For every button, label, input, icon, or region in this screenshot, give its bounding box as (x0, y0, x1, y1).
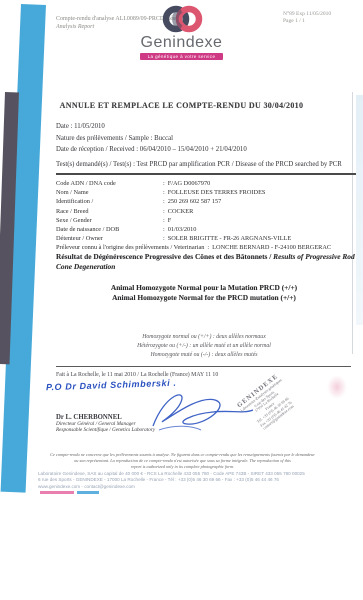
signer-role: Responsable Scientifique / Genetics Labo… (56, 427, 155, 433)
table-row: Date de naissance / DOB:01/03/2010 (56, 225, 331, 234)
scan-edge-sliver (356, 95, 363, 325)
table-row: Détenteur / Owner:SOLER BRIGITTE - FR-26… (56, 234, 331, 243)
result-section-title: Résultat de Dégénérescence Progressive d… (56, 252, 356, 272)
row-label: Identification / (56, 197, 160, 206)
page-title: ANNULE ET REMPLACE LE COMPTE-RENDU DU 30… (0, 101, 363, 110)
reference-block: N°89 Exp 11/05/2010 Page 1 / 1 (283, 11, 331, 25)
divider (56, 173, 356, 175)
pink-strip (40, 491, 74, 494)
table-row: Identification /:250 269 602 587 157 (56, 197, 331, 206)
place-date-line: Fait à La Rochelle, le 11 mai 2010 / La … (56, 372, 218, 378)
table-row: Race / Breed:COCKER (56, 207, 331, 216)
divider (56, 366, 351, 367)
row-value: FOLLEUSE DES TERRES FROIDES (168, 188, 266, 197)
footer-line: 6 rue des Sports - GENINDEXE - 17000 La … (38, 477, 305, 483)
legend-line: Homozygote muté ou (-/-) : deux allèles … (56, 351, 352, 360)
row-separator: : (160, 188, 168, 197)
row-label: Race / Breed (56, 207, 160, 216)
meta-line: Date : 11/05/2010 (56, 121, 342, 133)
row-separator: : (160, 234, 168, 243)
animal-details: Code ADN / DNA code:F/AG D0067970 Nom / … (56, 179, 331, 253)
genotype-legend: Homozygote normal ou (+/+) : deux allèle… (56, 333, 352, 359)
meta-line: Test(s) demandé(s) / Test(s) : Test PRCD… (56, 159, 342, 171)
row-value: 250 269 602 587 157 (168, 197, 222, 206)
lab-footer: Laboratoire Genindexe, SAS au capital de… (38, 471, 305, 490)
blue-strip (77, 491, 99, 494)
row-label: Nom / Name (56, 188, 160, 197)
row-value: COCKER (168, 207, 194, 216)
scanned-report-page: Compte-rendu d'analyse ALI.0089/09-PRCD-… (0, 0, 363, 600)
signer-name: Dr L. CHERBONNEL (56, 414, 155, 421)
row-value: F (168, 216, 172, 225)
result-line-en: Animal Homozygote Normal for the PRCD mu… (56, 293, 352, 303)
legend-line: Homozygote normal ou (+/+) : deux allèle… (56, 333, 352, 342)
row-separator: : (160, 207, 168, 216)
row-label: Date de naissance / DOB (56, 225, 160, 234)
row-value: SOLER BRIGITTE - FR-26 ARGNANS-VILLE (168, 234, 291, 243)
footer-line: www.genindexe.com - contact@genindexe.co… (38, 484, 305, 490)
result-title-fr: Résultat de Dégénérescence Progressive d… (56, 252, 271, 261)
row-value: F/AG D0067970 (168, 179, 211, 188)
page-number: Page 1 / 1 (283, 18, 331, 25)
row-value: 01/03/2010 (168, 225, 197, 234)
footer-color-strip (40, 491, 99, 494)
meta-line: Date de réception / Received : 06/04/201… (56, 144, 342, 156)
scan-edge-line (352, 92, 353, 354)
table-row: Sexe / Gender:F (56, 216, 331, 225)
disclaimer-line: report is authorized only in its complet… (30, 464, 335, 470)
meta-line: Nature des prélèvements / Sample : Bucca… (56, 133, 342, 145)
scan-pink-smudge (327, 375, 347, 399)
disclaimer: Ce compte-rendu ne concerne que les prél… (30, 452, 335, 469)
table-row: Nom / Name:FOLLEUSE DES TERRES FROIDES (56, 188, 331, 197)
row-separator: : (160, 225, 168, 234)
legend-line: Hétérozygote ou (+/-) : un allèle muté e… (56, 342, 352, 351)
row-label: Détenteur / Owner (56, 234, 160, 243)
row-label: Sexe / Gender (56, 216, 160, 225)
row-label: Code ADN / DNA code (56, 179, 160, 188)
test-result: Animal Homozygote Normal pour la Mutatio… (56, 283, 352, 303)
logo-tagline: La génétique à votre service (140, 53, 224, 60)
result-line-fr: Animal Homozygote Normal pour la Mutatio… (56, 283, 352, 293)
genindexe-logo-icon (159, 4, 205, 36)
row-separator: : (160, 216, 168, 225)
signer-block: Dr L. CHERBONNEL Directeur Général / Gen… (56, 414, 155, 434)
disclaimer-line: Ce compte-rendu ne concerne que les prél… (30, 452, 335, 458)
ref-number: N°89 Exp 11/05/2010 (283, 11, 331, 18)
report-meta: Date : 11/05/2010 Nature des prélèvement… (56, 121, 342, 170)
disclaimer-line: ou son représentant. La reproduction de … (30, 458, 335, 464)
row-separator: : (160, 197, 168, 206)
logo-wordmark: Genindexe (141, 34, 223, 52)
row-separator: : (160, 179, 168, 188)
table-row: Code ADN / DNA code:F/AG D0067970 (56, 179, 331, 188)
